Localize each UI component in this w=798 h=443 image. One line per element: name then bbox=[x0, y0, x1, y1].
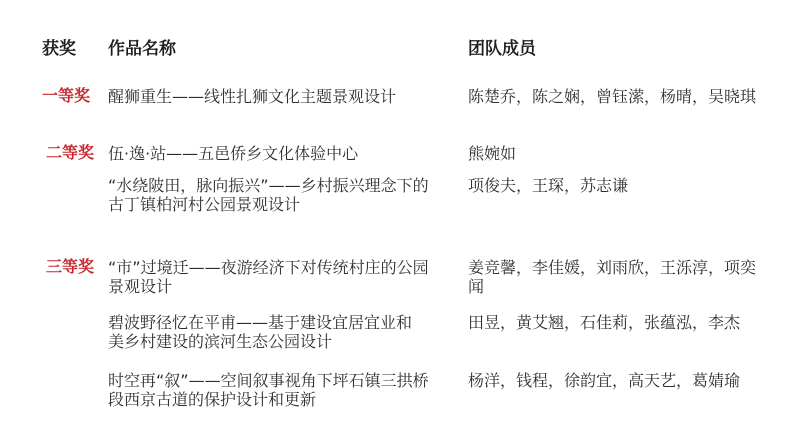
entry-members: 姜竞馨，李佳媛，刘雨欣，王泺淳，项奕 闻 bbox=[468, 258, 798, 296]
entry-members: 田昱，黄艾翘，石佳莉，张蕴泓，李杰 bbox=[468, 313, 798, 332]
entry-title: “水绕陂田，脉向振兴”——乡村振兴理念下的 古丁镇柏河村公园景观设计 bbox=[108, 176, 480, 214]
entry-title: 碧波野径忆在平甫——基于建设宜居宜业和 美乡村建设的滨河生态公园设计 bbox=[108, 313, 480, 351]
entry-members: 陈楚乔，陈之娴，曾钰潆，杨晴，吴晓琪 bbox=[468, 87, 798, 106]
entry-title: 时空再“叙”——空间叙事视角下坪石镇三拱桥 段西京古道的保护设计和更新 bbox=[108, 371, 480, 409]
entry-title: “市”过境迁——夜游经济下对传统村庄的公园 景观设计 bbox=[108, 258, 480, 296]
header-members: 团队成员 bbox=[468, 39, 536, 59]
entry-title: 伍·逸·站——五邑侨乡文化体验中心 bbox=[108, 144, 480, 163]
header-title: 作品名称 bbox=[108, 39, 176, 59]
entry-title: 醒狮重生——线性扎狮文化主题景观设计 bbox=[108, 87, 480, 106]
award-label-first: 一等奖 bbox=[42, 86, 90, 106]
header-award: 获奖 bbox=[42, 39, 76, 59]
entry-members: 项俊夫，王琛，苏志谦 bbox=[468, 176, 798, 195]
award-label-second: 二等奖 bbox=[46, 143, 94, 163]
award-label-third: 三等奖 bbox=[46, 257, 94, 277]
entry-members: 杨洋，钱程，徐韵宜，高天艺，葛婧瑜 bbox=[468, 371, 798, 390]
entry-members: 熊婉如 bbox=[468, 144, 798, 163]
